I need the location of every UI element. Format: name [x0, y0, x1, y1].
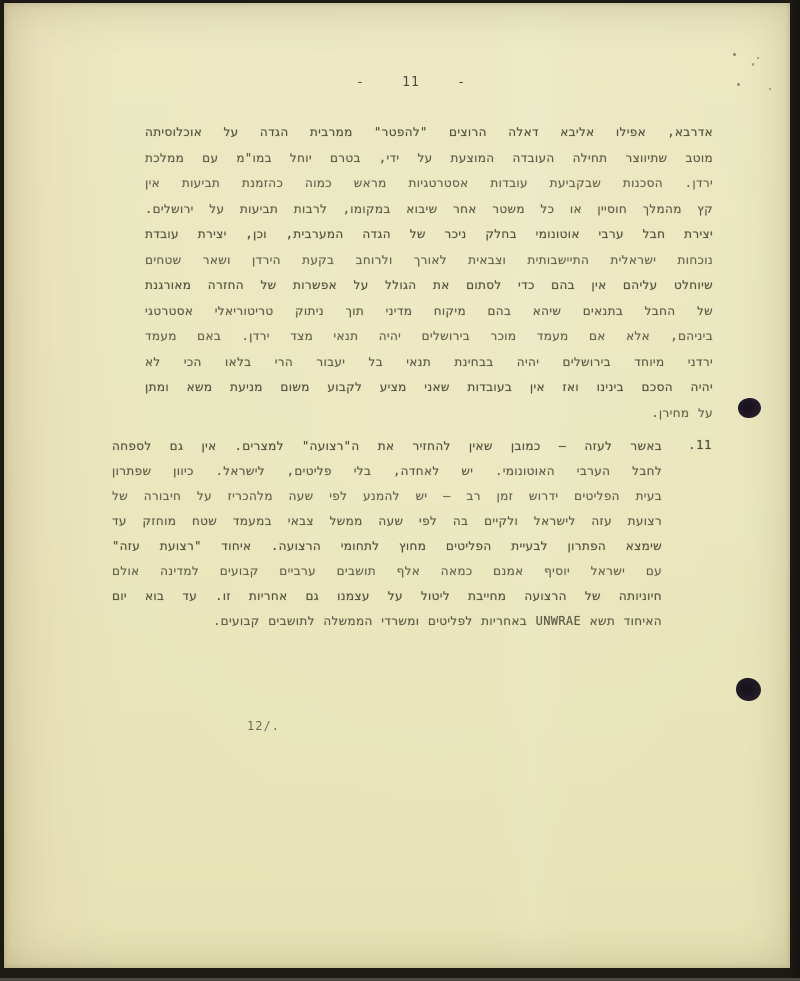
text-line: האיחוד תשא UNWRAE באחריות לפליטים ומשרדי…	[112, 609, 662, 634]
ink-speck	[752, 63, 754, 66]
text-line: אדרבא, אפילו אליבא דאלה הרוצים "להפטר" מ…	[145, 120, 713, 146]
text-line: יצירת חבל ערבי אוטונומי בחלק ניכר של הגד…	[145, 222, 713, 248]
text-line: רצועת עזה לישראל ולקיים בה לפי שעה ממשל …	[112, 509, 662, 534]
scan-edge-shadow	[790, 0, 800, 981]
text-line: ירדני מיוחד בירושלים יהיה בבחינת תנאי בל…	[145, 350, 713, 376]
header-left-dash: -	[356, 75, 365, 90]
ink-speck	[733, 53, 736, 56]
next-page-marker: 12/.	[247, 719, 280, 733]
paragraph-continuation: אדרבא, אפילו אליבא דאלה הרוצים "להפטר" מ…	[145, 120, 713, 426]
text-line: באשר לעזה – כמובן שאין להחזיר את ה"רצועה…	[112, 434, 662, 459]
text-line: מוטב שתיווצר תחילה העובדה המוצעת על ידי,…	[145, 146, 713, 172]
text-line: בעית הפליטים ידרוש זמן רב – יש להמנע לפי…	[112, 484, 662, 509]
text-line: על מחירן.	[145, 401, 713, 427]
page-number: 11	[402, 75, 420, 90]
scanned-document-page: { "document": { "language": "he", "page_…	[0, 0, 800, 981]
text-line: שימצא הפתרון לבעיית הפליטים מחוץ לתחומי …	[112, 534, 662, 559]
text-line: שיוחלט עליהם אין בהם כדי לסתום את הגולל …	[145, 273, 713, 299]
text-line: ירדן. הסכנות שבקביעת עובדות אסטרטגיות מר…	[145, 171, 713, 197]
text-line: נוכחות ישראלית התיישבותית וצבאית לאורך ו…	[145, 248, 713, 274]
text-line: של החבל בתנאים שיהא בהם מיקוח מדיני תוך …	[145, 299, 713, 325]
text-line: קץ מהמלך חוסיין או כל משטר אחר שיבוא במק…	[145, 197, 713, 223]
text-line: עם ישראל יוסיף אמנם כמאה אלף תושבים ערבי…	[112, 559, 662, 584]
paragraph-gaza: באשר לעזה – כמובן שאין להחזיר את ה"רצועה…	[112, 434, 662, 634]
page-number-header: - 11 -	[356, 75, 466, 90]
text-line: לחבל הערבי האוטונומי. יש לאחדה, בלי פליט…	[112, 459, 662, 484]
header-right-dash: -	[457, 75, 466, 90]
paragraph-number: .11	[688, 437, 712, 452]
paper-sheet: - 11 - אדרבא, אפילו אליבא דאלה הרוצים "ל…	[4, 3, 790, 968]
ink-speck	[737, 83, 740, 86]
text-line: ביניהם, אלא אם מעמד מוכר בירושלים יהיה ת…	[145, 324, 713, 350]
text-line: חיוניותה של הרצועה מחייבת ליטול על עצמנו…	[112, 584, 662, 609]
ink-speck	[757, 57, 759, 59]
text-line: יהיה הסכם בינינו ואז אין בעובדות שאני מצ…	[145, 375, 713, 401]
ink-speck	[769, 88, 771, 90]
